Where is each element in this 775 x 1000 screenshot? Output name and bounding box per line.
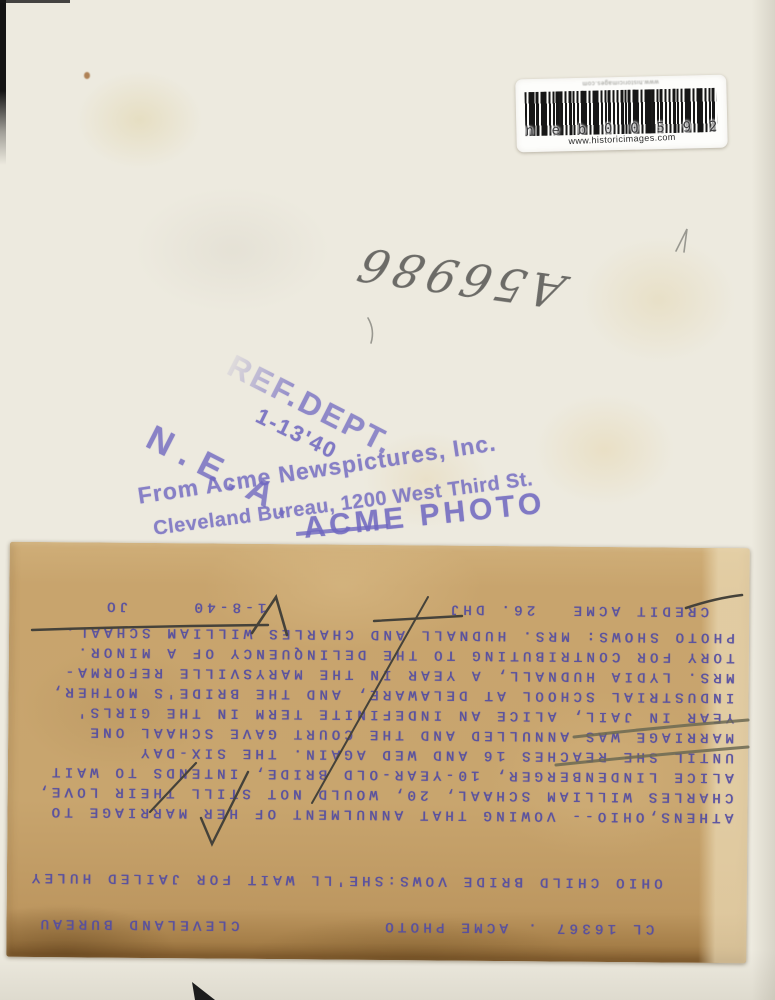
caption-code: 26. DHJ: [447, 601, 536, 618]
caption-initials: JO: [103, 598, 129, 614]
caption-agency: ACME PHOTO: [381, 918, 508, 935]
photo-back: www.historicimages.com n e b 0 0 5 9 2 w…: [0, 0, 775, 1000]
caption-id-line: CL 16367 . ACME PHOTO CLEVELAND BUREAU: [36, 915, 654, 936]
barcode-sticker: www.historicimages.com n e b 0 0 5 9 2 w…: [515, 75, 728, 153]
caption-dot: .: [524, 919, 537, 935]
pencil-faint-mark: [368, 318, 372, 343]
edge-mark: [192, 982, 215, 1000]
caption-credit-line: CREDIT ACME 26. DHJ 1-8-40 JO: [25, 597, 709, 619]
caption-number: CL 16367: [553, 920, 655, 937]
pencil-faint-mark: [676, 229, 687, 252]
caption-slip: CL 16367 . ACME PHOTO CLEVELAND BUREAU O…: [6, 542, 750, 963]
caption-headline: OHIO CHILD BRIDE VOWS:SHE'LL WAIT FOR JA…: [28, 869, 663, 891]
caption-date: 1-8-40: [190, 598, 266, 615]
edge-artifact-left: [0, 0, 6, 165]
caption-bureau: CLEVELAND BUREAU: [36, 915, 239, 933]
caption-body: ATHENS,OHIO-- VOWING THAT ANNULMENT OF H…: [35, 621, 735, 827]
caption-text-flipped: CL 16367 . ACME PHOTO CLEVELAND BUREAU O…: [6, 542, 750, 963]
caption-credit: CREDIT ACME: [569, 602, 709, 619]
handwritten-number: A56986: [337, 210, 580, 318]
stain-dot: [84, 72, 90, 79]
barcode-top-text: www.historicimages.com: [545, 77, 695, 86]
edge-artifact-top: [0, 0, 70, 3]
